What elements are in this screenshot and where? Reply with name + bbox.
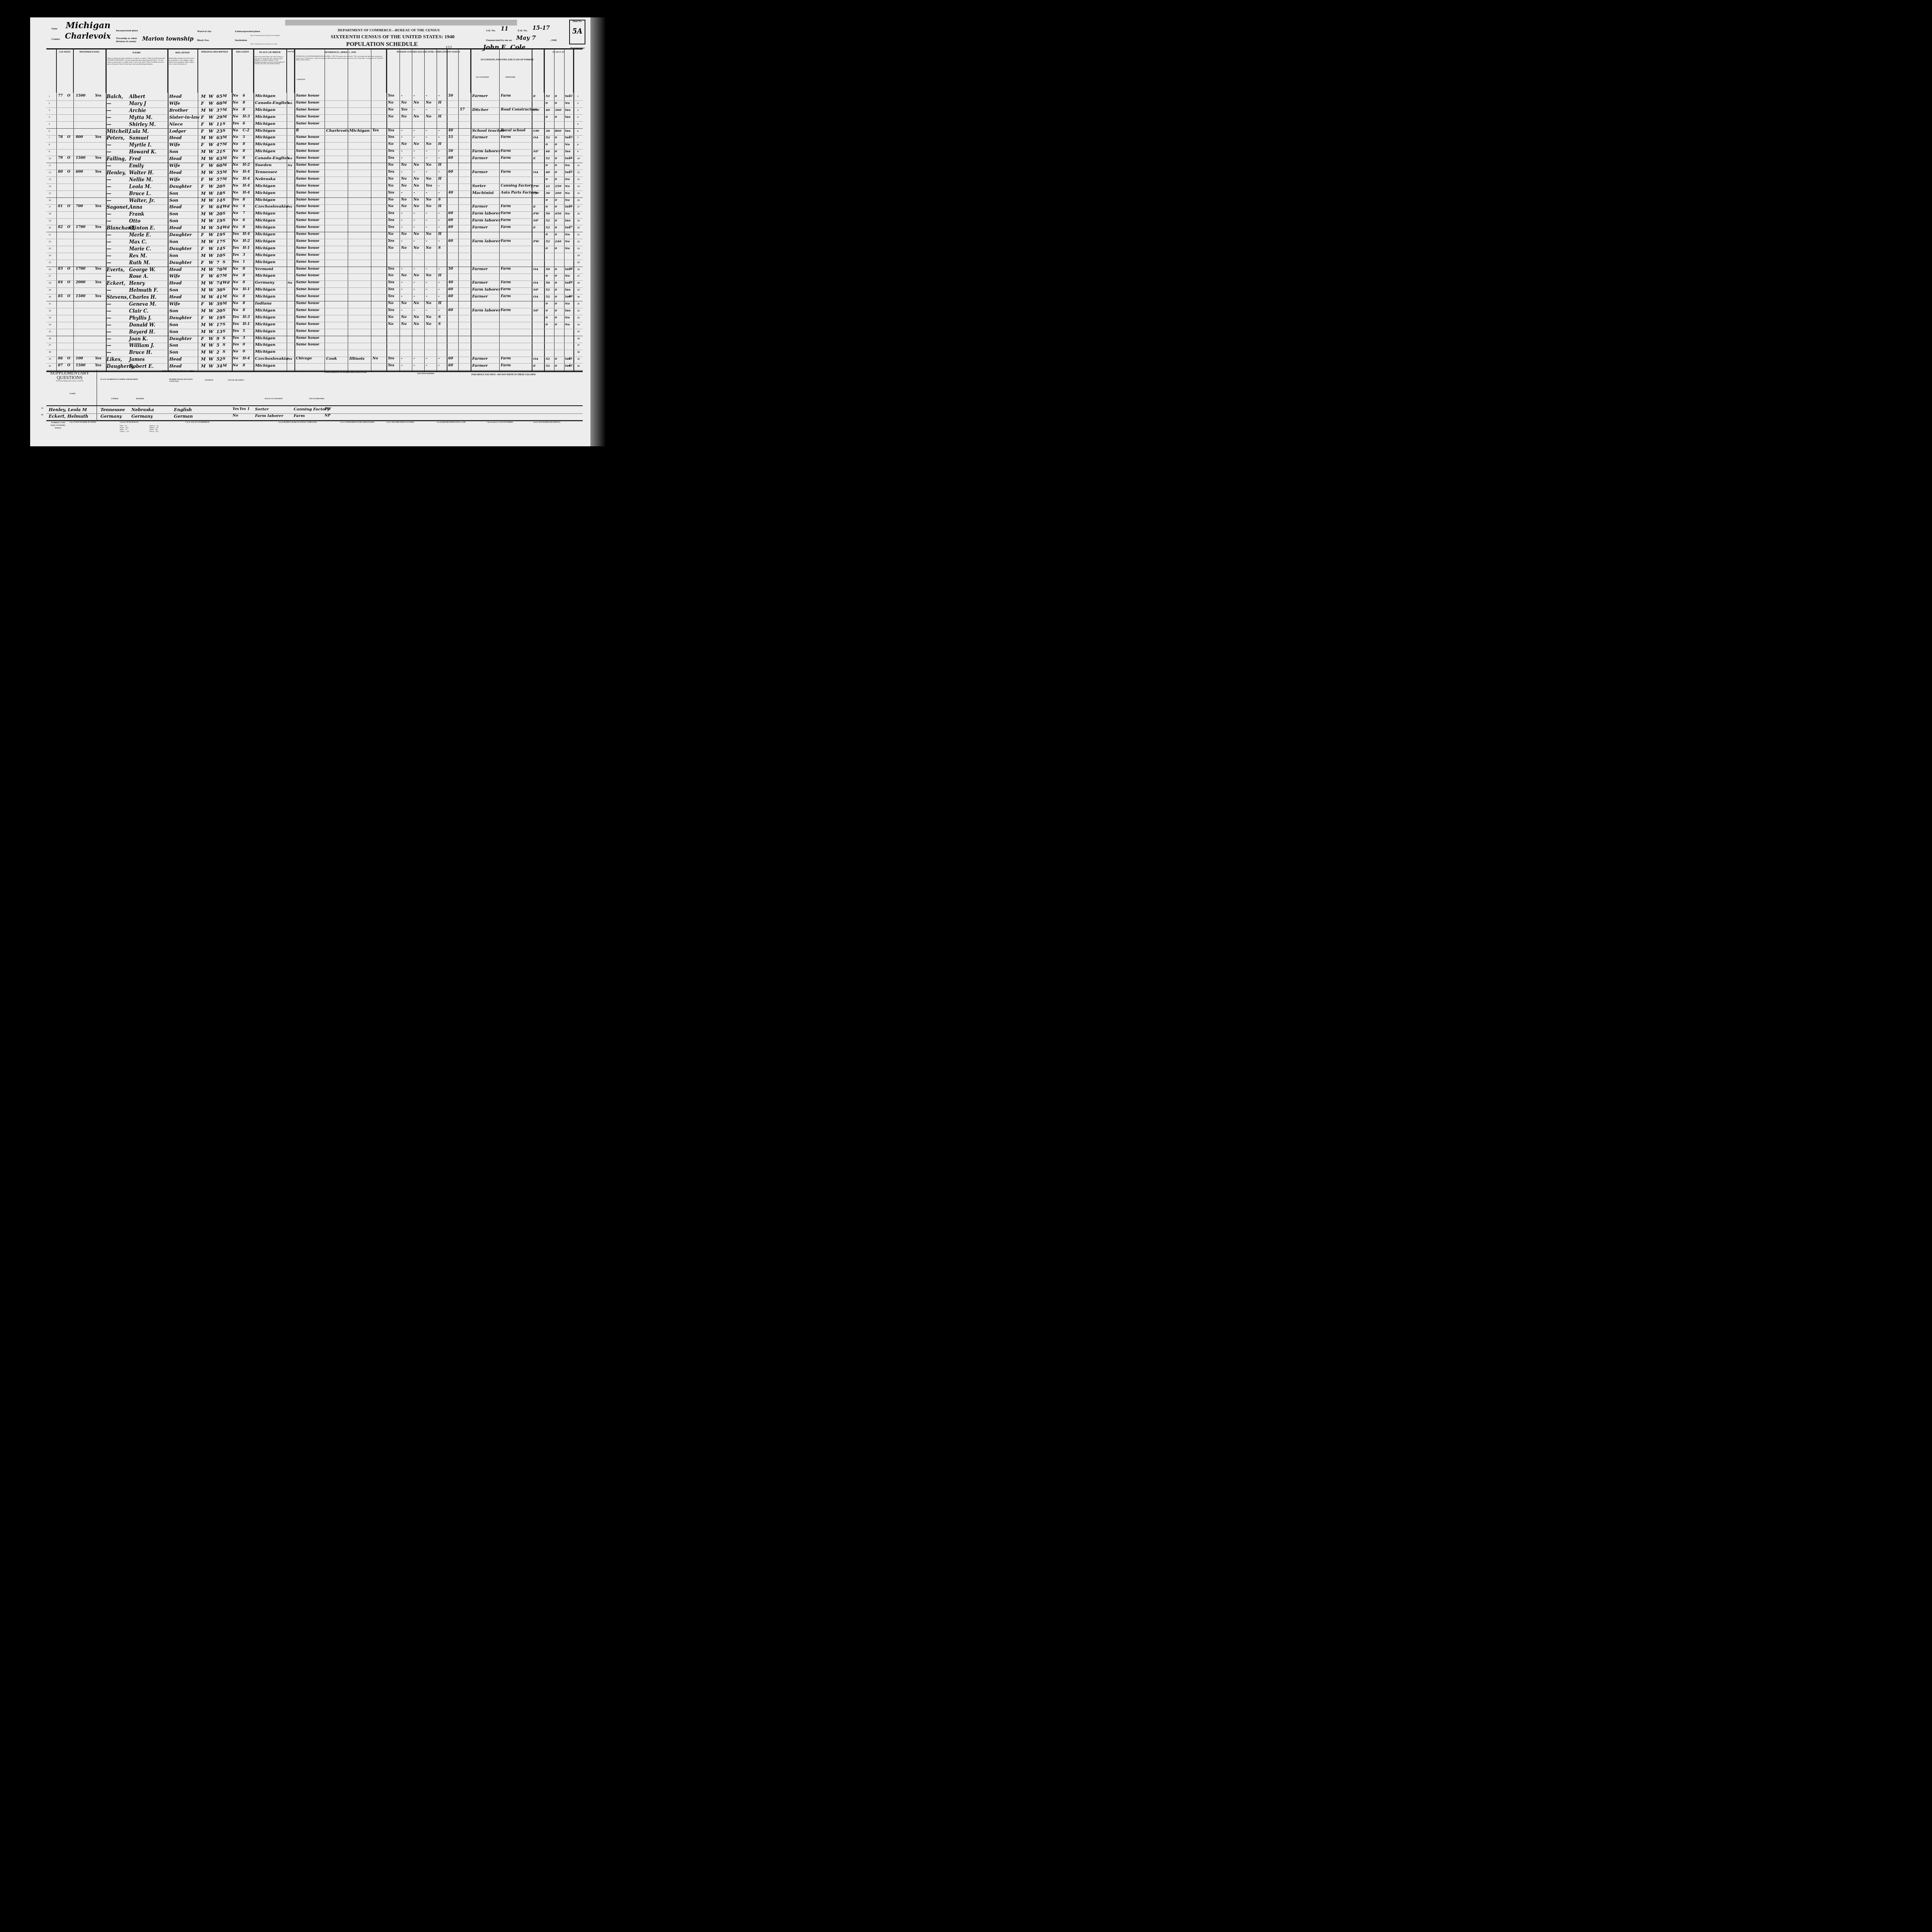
cell-work25: - — [438, 108, 440, 112]
header-citizenship: CITIZENSHIP — [287, 49, 294, 93]
line-number-right: 2 — [577, 102, 578, 105]
line-number-right: 33 — [577, 317, 580, 319]
line-number-right: 39 — [577, 358, 580, 361]
cell-race: W — [209, 232, 213, 237]
cell-work22: No — [401, 246, 406, 250]
cell-work22: No — [401, 301, 406, 305]
block-label: Block Nos. — [197, 39, 209, 42]
cell-relation: Son — [169, 218, 178, 223]
cell-work25: - — [438, 294, 440, 298]
cell-age: 30 — [216, 287, 222, 293]
industry-col-label: INDUSTRY — [505, 77, 515, 78]
cell-farm-sched: 81 — [569, 357, 573, 360]
cell-school: No — [233, 301, 238, 305]
cell-farm: Yes — [95, 135, 101, 139]
cell-work24: - — [426, 364, 427, 367]
cell-farm: Yes — [95, 364, 101, 367]
cell-res-county: Charlevoix — [326, 129, 349, 133]
cell-age: 20 — [216, 308, 222, 313]
cell-work22: No — [401, 101, 406, 105]
cell-given: Bruce H. — [129, 350, 152, 355]
cell-work21: Yes — [388, 191, 394, 195]
cell-given: Max C. — [129, 239, 147, 245]
cell-wk39: 0 — [546, 101, 548, 105]
cell-work25: H — [438, 204, 442, 208]
cell-farm-sched: 72 — [569, 94, 573, 97]
cell-work21: Yes — [388, 149, 394, 153]
cell-hh: 85 — [58, 294, 63, 298]
cell-industry: Farm — [501, 156, 511, 160]
cell-work21: No — [388, 246, 393, 250]
line-number-right: 35 — [577, 331, 580, 333]
cell-race: W — [209, 149, 213, 154]
cell-sex: M — [201, 281, 206, 286]
cell-relation: Wife — [169, 177, 180, 182]
cell-work21: Yes — [388, 225, 394, 229]
cell-marital: S — [223, 239, 225, 243]
cell-surname: Balch, — [107, 94, 123, 99]
cell-farm: Yes — [95, 204, 101, 208]
cell-work21: Yes — [388, 287, 394, 291]
county-label: County — [51, 37, 60, 41]
cell-given: Rex M. — [129, 253, 147, 259]
cell-school: No — [233, 357, 238, 361]
cell-hh: 79 — [58, 156, 63, 160]
cell-occupation: Farmer — [472, 170, 488, 174]
line-number: 3 — [49, 109, 50, 112]
cell-age: 57 — [216, 177, 222, 182]
cell-value: 600 — [76, 170, 83, 174]
cell-school: No — [233, 149, 238, 153]
cell-work24: - — [426, 225, 427, 229]
cell-surname: — — [107, 115, 111, 120]
cell-work22: - — [401, 294, 403, 298]
supplementary-row: 29Eckert, HelmuthGermanyGermanyGermanNoF… — [46, 413, 583, 420]
supp-cell-ss-deduct: Yes — [240, 407, 246, 411]
supp-cell-line: 14 — [41, 407, 43, 410]
cell-own: O — [67, 94, 70, 98]
cell-work23: - — [413, 308, 415, 312]
line-number-right: 21 — [577, 234, 580, 236]
sd-label: S.D. No. — [486, 29, 496, 32]
line-number-right: 9 — [577, 151, 578, 153]
cell-work23: No — [413, 322, 419, 326]
cell-work23: - — [413, 267, 415, 271]
line-number-right: 37 — [577, 344, 580, 347]
birth-instructions: If born in the United States, give State… — [253, 54, 286, 67]
table-row: 778O800YesPeters,SamuelHeadMW63MNo5Michi… — [46, 135, 583, 142]
cell-work22: - — [401, 239, 403, 243]
cell-res: Same house — [296, 184, 320, 188]
cell-work22: - — [401, 211, 403, 215]
table-row: 3986O100YesLikes,JamesHeadMW52SNoH-4Czec… — [46, 356, 583, 364]
table-row: 5—Shirley M.NieceFW11SYes6MichiganSame h… — [46, 121, 583, 129]
cell-wk39: 50 — [546, 211, 550, 215]
cell-race: W — [209, 294, 213, 299]
cell-industry: Farm — [501, 287, 511, 291]
line-number: 36 — [49, 338, 51, 340]
occupation-col-label: OCCUPATION — [476, 77, 489, 78]
cell-hh: 81 — [58, 204, 63, 208]
cell-work23: - — [413, 364, 415, 367]
table-row: 2—Mary JWifeFW60MNo8Canada-EnglishNaSame… — [46, 100, 583, 108]
cell-cit: Na — [287, 281, 293, 284]
supp-header-veteran: VETERAN — [205, 379, 213, 381]
cell-school: No — [233, 294, 238, 298]
header-relation: RELATION Relationship of this person to … — [168, 49, 198, 93]
cell-res: Same house — [296, 315, 320, 319]
cell-farm-sched: 74 — [569, 156, 573, 160]
cell-grade: 5 — [243, 135, 245, 139]
cell-work24: No — [426, 301, 431, 305]
cell-hh: 83 — [58, 267, 63, 271]
table-row: 24—Rex M.SonMW10SYes3MichiganSame house2… — [46, 253, 583, 260]
cell-industry: Farm — [501, 218, 511, 222]
cell-wage: 450 — [555, 211, 561, 215]
residence-instructions: IN WHAT PLACE DID THIS PERSON LIVE ON AP… — [294, 54, 386, 63]
sd-value: 11 — [501, 26, 508, 32]
cell-given: James — [129, 357, 145, 362]
cell-relation: Son — [169, 322, 178, 327]
cell-work22: - — [401, 267, 403, 271]
cell-school: Yes — [233, 329, 239, 333]
cell-sex: M — [201, 149, 206, 154]
cell-work24: - — [426, 135, 427, 139]
cell-value: 1500 — [76, 294, 85, 298]
line-number: 19 — [49, 220, 51, 222]
cell-age: 9 — [216, 336, 219, 341]
cell-relation: Head — [169, 135, 182, 140]
supp-cell-tongue: English — [174, 407, 192, 412]
cell-work22: No — [401, 198, 406, 202]
cell-work23: No — [413, 315, 419, 319]
cell-hours: 40 — [448, 281, 453, 284]
cell-race: W — [209, 170, 213, 175]
cell-marital: S — [223, 322, 225, 327]
cell-given: George W. — [129, 267, 155, 272]
cell-hours: 50 — [448, 94, 453, 98]
cell-class: E — [533, 225, 536, 229]
cell-marital: M — [223, 94, 227, 98]
cell-birth: Michigan — [255, 239, 276, 243]
cell-marital: S — [223, 246, 225, 250]
cell-work23: - — [413, 287, 415, 291]
table-row: 3085O1500YesStevens,Charles H.HeadMW41MN… — [46, 294, 583, 301]
supp-group-all-ages: FOR PERSONS OF ALL AGES — [162, 371, 194, 373]
cell-wk39: 52 — [546, 135, 550, 139]
cell-hh: 82 — [58, 225, 63, 229]
cell-given: Myrtle I. — [129, 142, 151, 148]
cell-school: Yes — [233, 198, 239, 202]
table-row: 2884O2000YesEckert,HenryHeadMW74WdNo8Ger… — [46, 280, 583, 287]
supp-cell-line: 29 — [41, 414, 43, 416]
cell-value: 1500 — [76, 156, 85, 160]
cell-wage: 0 — [555, 204, 557, 208]
line-number: 9 — [49, 151, 50, 153]
supp-group-women: FOR ALL WOMEN WHO ARE OR HAVE BEEN MARRI… — [417, 371, 444, 374]
cell-occupation: Farm laborer — [472, 308, 500, 313]
cell-work25: - — [438, 281, 440, 284]
cell-school: No — [233, 281, 238, 284]
cell-relation: Head — [169, 357, 182, 362]
cell-work23: No — [413, 177, 419, 181]
cell-birth: Nebraska — [255, 177, 276, 181]
cell-res: Same house — [296, 108, 320, 112]
line-number: 11 — [49, 165, 51, 167]
cell-work24: No — [426, 142, 431, 146]
cell-sex: F — [201, 142, 204, 147]
line-number: 20 — [49, 227, 51, 229]
cell-work22: - — [401, 170, 403, 174]
cell-res: Same house — [296, 253, 320, 257]
cell-work22: - — [401, 94, 403, 98]
cell-race: W — [209, 274, 213, 279]
cell-birth: Canada-English — [255, 101, 289, 105]
cell-wage: 200 — [555, 191, 561, 195]
cell-race: W — [209, 343, 213, 348]
cell-grade: 0 — [243, 343, 245, 347]
cell-given: Ruth M. — [129, 260, 150, 265]
cell-work23: No — [413, 274, 419, 277]
cell-grade: H-2 — [243, 239, 250, 243]
cell-race: W — [209, 225, 213, 230]
cell-marital: M — [223, 177, 227, 181]
cell-other: Yes — [565, 218, 571, 222]
cell-industry: Farm — [501, 211, 511, 215]
cell-school: No — [233, 211, 238, 215]
cell-age: 21 — [216, 149, 222, 154]
header-personal: PERSONAL DESCRIPTION — [198, 49, 232, 93]
cell-given: Otto — [129, 218, 141, 224]
cell-race: W — [209, 177, 213, 182]
cell-race: W — [209, 315, 213, 320]
cell-work24: - — [426, 211, 427, 215]
table-row: 29—Helmuth F.SonMW30SNoH-1MichiganSame h… — [46, 287, 583, 294]
supp-cell-name: Henley, Leola M — [49, 407, 87, 412]
cell-school: No — [233, 308, 238, 312]
cell-wage: 0 — [555, 177, 557, 181]
supp-header-name: NAME — [70, 393, 75, 395]
cell-farm-sched: 77 — [569, 225, 573, 229]
cell-hh: 87 — [58, 364, 63, 367]
cell-other: No — [565, 301, 570, 305]
cell-res-state: Michigan — [349, 129, 370, 133]
line-number-right: 13 — [577, 179, 580, 181]
cell-work24: - — [426, 149, 427, 153]
line-number: 38 — [49, 351, 51, 354]
cell-marital: S — [223, 191, 225, 195]
ward-label: Ward of city — [197, 30, 211, 33]
cell-surname: — — [107, 260, 111, 265]
cell-school: Yes — [233, 232, 239, 236]
cell-hours: 60 — [448, 294, 453, 298]
table-row: 9—Howard K.SonMW21SNo8MichiganSame house… — [46, 149, 583, 156]
cell-industry: Farm — [501, 364, 511, 367]
supp-cell-ss-code: 1 — [247, 407, 250, 411]
cell-relation: Head — [169, 267, 182, 272]
cell-relation: Son — [169, 191, 178, 196]
cell-relation: Head — [169, 156, 182, 161]
cell-work21: Yes — [388, 218, 394, 222]
cell-work21: Yes — [388, 170, 394, 174]
cell-other: No — [565, 322, 570, 326]
header-occupation: OCCUPATION, INDUSTRY, AND CLASS OF WORKE… — [471, 49, 544, 93]
cell-age: 64 — [216, 204, 222, 209]
cell-school: Yes — [233, 343, 239, 347]
cell-work25: S — [438, 246, 441, 250]
cell-industry: Canning Factory — [501, 184, 533, 188]
table-row: 3—ArchieBrotherMW37MNo8MichiganSame hous… — [46, 107, 583, 115]
cell-other: No — [565, 184, 570, 188]
cell-class: NP — [533, 149, 538, 153]
cell-wage: 0 — [555, 287, 557, 291]
supp-header-usual-occ: USUAL OCCUPATION — [265, 398, 282, 400]
cell-wage: 0 — [555, 225, 557, 229]
cell-work24: No — [426, 232, 431, 236]
cell-res: Same house — [296, 211, 320, 215]
header-name-label: NAME — [106, 51, 167, 54]
cell-cit: Na — [287, 163, 293, 167]
cell-weeks: 57 — [460, 108, 465, 112]
cell-own: O — [67, 281, 70, 284]
cell-race: W — [209, 204, 213, 209]
cell-work21: Yes — [388, 281, 394, 284]
cell-age: 19 — [216, 232, 222, 237]
note-col14: Col. 14. HIGHEST GRADE OF SCHOOL COMPLET… — [278, 422, 336, 423]
cell-work24: No — [426, 198, 431, 202]
cell-industry: Rural school — [501, 129, 526, 133]
cell-work22: No — [401, 115, 406, 119]
cell-surname: — — [107, 177, 111, 182]
line-number-right: 36 — [577, 338, 580, 340]
divider — [46, 405, 583, 406]
cell-other: No — [565, 101, 570, 105]
cell-work23: - — [413, 239, 415, 243]
cell-sex: M — [201, 329, 206, 334]
table-row: 177O1500YesBalch,AlbertHeadMW65MNo6Michi… — [46, 94, 583, 101]
institution-note: (Name of institution and lines on which … — [250, 44, 308, 45]
cell-work25: - — [438, 357, 440, 361]
cell-given: Walter, Jr. — [129, 198, 155, 203]
table-row: 1781O700YesSagonet,AnnaHeadFW64WdNo4Czec… — [46, 204, 583, 211]
line-number: 7 — [49, 137, 50, 139]
line-number: 5 — [49, 123, 50, 126]
cell-surname: Stevens, — [107, 294, 128, 300]
cell-age: 60 — [216, 101, 222, 106]
cell-race: W — [209, 357, 213, 362]
cell-sex: F — [201, 301, 204, 306]
cell-occupation: Sorter — [472, 184, 486, 188]
cell-work25: H — [438, 101, 442, 105]
supplementary-title: SUPPLEMENTARY QUESTIONS For Persons Enum… — [50, 371, 89, 382]
cell-work25: - — [438, 308, 440, 312]
cell-given: Lula M. — [129, 129, 149, 134]
header-name: NAME Name of each person whose usual pla… — [106, 49, 168, 93]
cell-relation: Daughter — [169, 232, 192, 237]
cell-wage: 0 — [555, 322, 557, 326]
supp-cell-ss-number: No — [233, 414, 238, 418]
cell-age: 47 — [216, 142, 222, 147]
cell-work24: No — [426, 274, 431, 277]
cell-sex: F — [201, 315, 204, 320]
cell-res: Chicago — [296, 357, 312, 361]
cell-given: Mary J — [129, 101, 146, 106]
cell-marital: M — [223, 301, 227, 306]
cell-work23: No — [413, 101, 419, 105]
line-number: 35 — [49, 331, 51, 333]
cell-work23: No — [413, 163, 419, 167]
cell-age: 10 — [216, 253, 222, 258]
cell-relation: Son — [169, 287, 178, 293]
cell-age: 39 — [216, 301, 222, 306]
cell-res: Same house — [296, 281, 320, 284]
cell-surname: — — [107, 101, 111, 106]
cell-work25: - — [438, 191, 440, 195]
cell-birth: Michigan — [255, 274, 276, 278]
cell-sex: M — [201, 294, 206, 299]
cell-work22: - — [401, 191, 403, 195]
table-row: 38—Bruce H.SonMW2SNo0Michigan38 — [46, 349, 583, 357]
cell-marital: S — [223, 260, 225, 264]
cell-race: W — [209, 211, 213, 216]
schedule-title: POPULATION SCHEDULE — [346, 41, 418, 48]
table-row: 2683O1700YesEverts,George W.HeadMW70MNo8… — [46, 267, 583, 274]
cell-work21: No — [388, 142, 393, 146]
cell-given: Clinton E. — [129, 225, 155, 231]
cell-age: 5 — [216, 343, 219, 348]
cell-grade: 8 — [243, 294, 245, 298]
cell-age: 37 — [216, 108, 222, 113]
cell-school: No — [233, 108, 238, 112]
cell-res: Same house — [296, 170, 320, 174]
header-household: HOUSEHOLD DATA — [73, 49, 106, 93]
cell-grade: 8 — [243, 142, 245, 146]
cell-race: W — [209, 198, 213, 203]
cell-grade: H-1 — [243, 246, 250, 250]
cell-race: W — [209, 108, 213, 113]
cell-work23: - — [413, 218, 415, 222]
cell-hours: 60 — [448, 364, 453, 367]
cell-work21: No — [388, 198, 393, 202]
cell-work25: - — [438, 156, 440, 160]
cell-value: 1700 — [76, 225, 85, 229]
cell-class: PW — [533, 191, 539, 195]
cell-work25: H — [438, 142, 442, 146]
cell-marital: S — [223, 350, 225, 354]
cell-relation: Head — [169, 225, 182, 230]
cell-res: Same house — [296, 177, 320, 181]
cell-sex: M — [201, 198, 206, 203]
cell-work24: - — [426, 108, 427, 112]
cell-birth: Michigan — [255, 308, 276, 313]
cell-marital: M — [223, 115, 227, 119]
line-number: 21 — [49, 234, 51, 236]
cell-wk39: 52 — [546, 156, 550, 160]
cell-birth: Michigan — [255, 218, 276, 223]
line-number: 24 — [49, 255, 51, 257]
cell-school: Yes — [233, 315, 239, 319]
cell-birth: Michigan — [255, 246, 276, 250]
cell-res: Same house — [296, 163, 320, 167]
cell-value: 100 — [76, 357, 83, 361]
cell-race: W — [209, 260, 213, 265]
cell-industry: Farm — [501, 357, 511, 361]
cell-work24: Yes — [426, 184, 432, 188]
cell-surname: — — [107, 211, 111, 217]
cell-birth: Michigan — [255, 198, 276, 202]
supp-cell-mother: Germany — [131, 414, 153, 419]
cell-grade: H-4 — [243, 191, 250, 195]
